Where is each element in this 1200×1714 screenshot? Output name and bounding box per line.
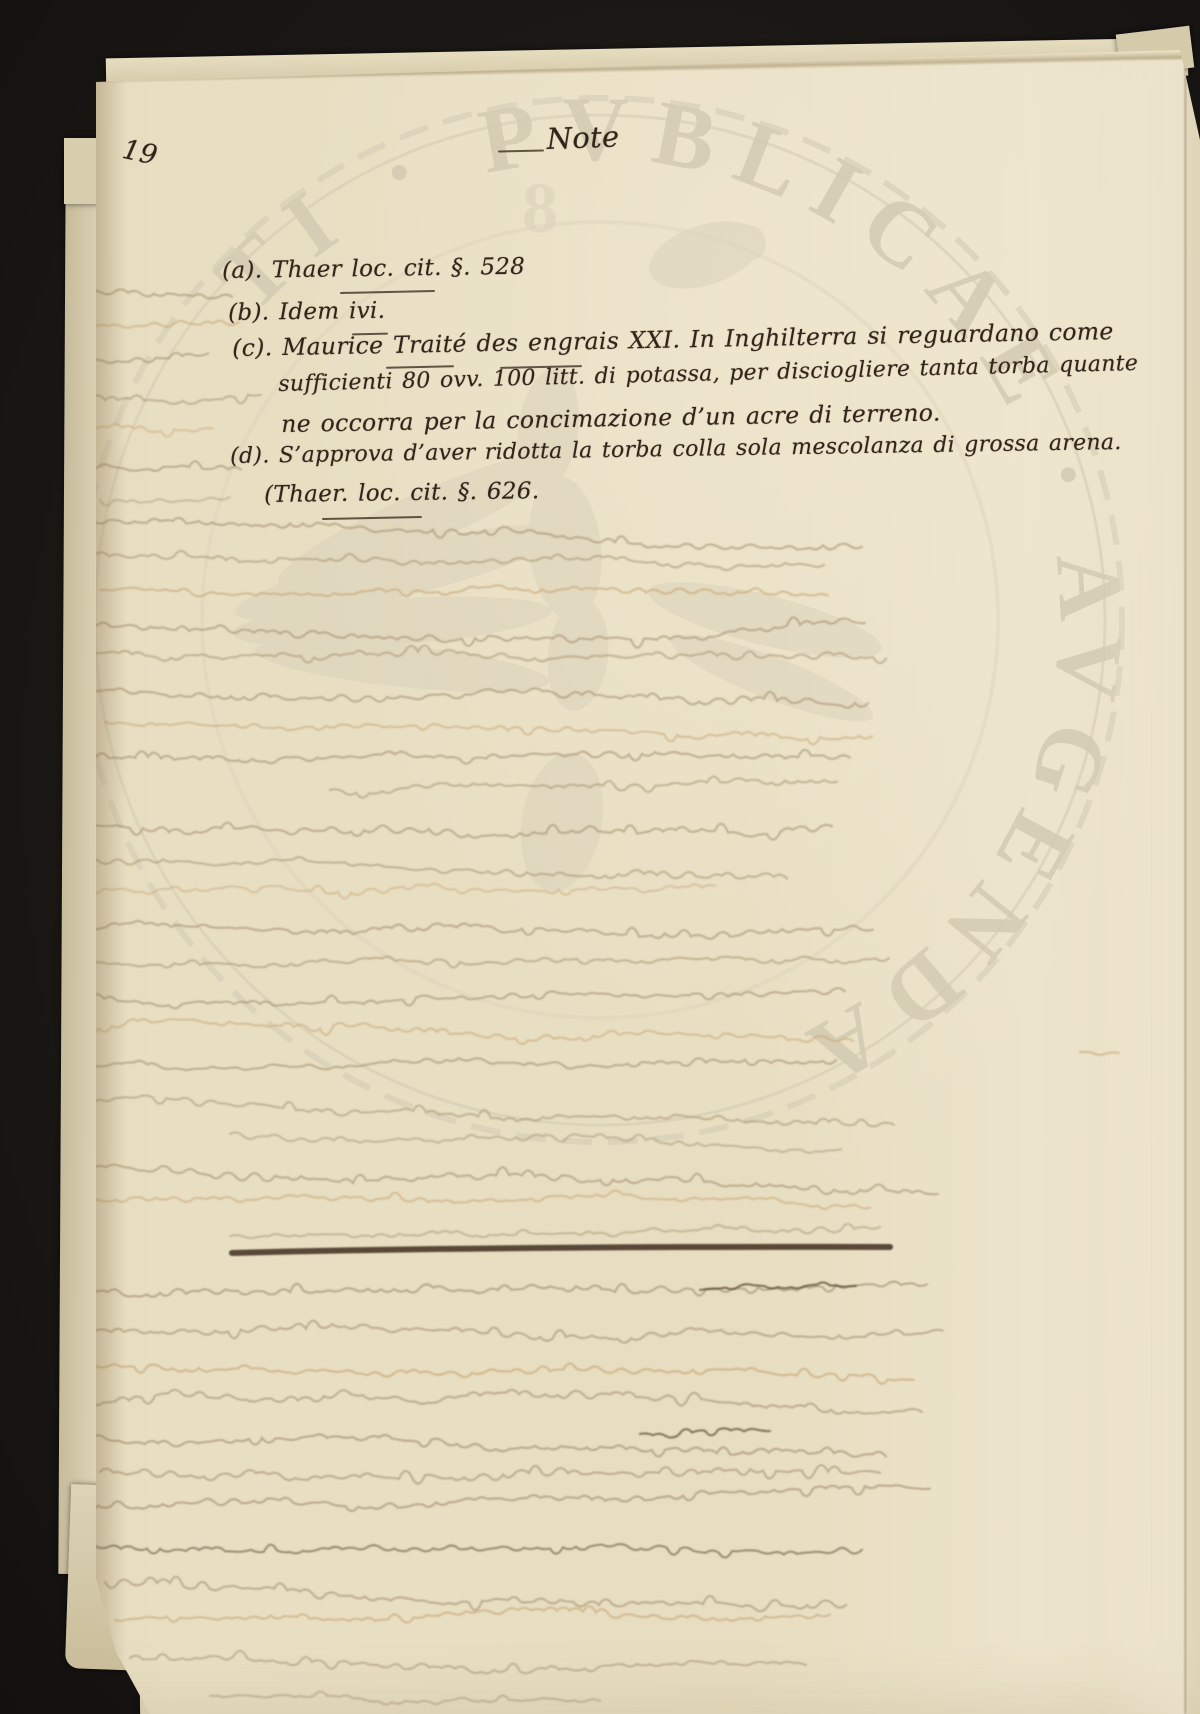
bleedthrough-line bbox=[95, 1282, 927, 1297]
bleedthrough-line bbox=[70, 750, 850, 764]
bleedthrough-line bbox=[60, 1019, 853, 1044]
bleedthrough-line bbox=[90, 1390, 922, 1414]
bleedthrough-heavy-line bbox=[232, 1247, 890, 1253]
bleedthrough-line bbox=[80, 645, 886, 663]
bleedthrough-line bbox=[95, 1364, 914, 1384]
bleedthrough-line bbox=[105, 1577, 846, 1611]
bleedthrough-line bbox=[75, 1095, 894, 1126]
bleedthrough-line bbox=[95, 1058, 836, 1070]
manuscript-page: TI · PVBLICAE · AVGENDA 8 bbox=[0, 0, 1200, 1714]
page-right-edge-line bbox=[1184, 58, 1187, 1714]
bleedthrough-line bbox=[230, 1132, 841, 1153]
bleedthrough-line bbox=[70, 957, 889, 968]
bleedthrough-line bbox=[80, 921, 873, 939]
note-line-b: (b). Idem ivi. bbox=[228, 298, 385, 326]
bleedthrough-line bbox=[210, 1692, 600, 1705]
bleedthrough-line bbox=[75, 688, 868, 707]
note-line-a: (a). Thaer loc. cit. §. 528 bbox=[222, 254, 525, 284]
bleedthrough-line bbox=[330, 777, 837, 798]
bleedthrough-line bbox=[130, 1651, 806, 1673]
bleedthrough-line bbox=[65, 884, 715, 899]
bleedthrough-line bbox=[65, 821, 832, 839]
note-line-d2: (Thaer. loc. cit. §. 626. bbox=[264, 478, 540, 508]
bleedthrough-line bbox=[65, 988, 845, 1008]
bleedthrough-line bbox=[85, 1321, 943, 1343]
bleedthrough-line bbox=[70, 551, 824, 570]
bleedthrough-line bbox=[230, 1224, 880, 1238]
bleedthrough-line bbox=[105, 722, 872, 744]
scan-background: TI · PVBLICAE · AVGENDA 8 bbox=[0, 0, 1200, 1714]
bleedthrough-line bbox=[95, 1544, 862, 1557]
bleedthrough-line bbox=[85, 1485, 930, 1511]
page-left-shadow bbox=[96, 78, 126, 1708]
bleedthrough-line bbox=[95, 518, 862, 550]
bleedthrough-line bbox=[85, 857, 787, 879]
bleedthrough-line bbox=[100, 585, 828, 596]
bleedthrough-line bbox=[640, 1428, 770, 1437]
bleedthrough-line bbox=[100, 1465, 880, 1484]
bleedthrough-layer bbox=[0, 0, 1200, 1714]
page-right-light-strip bbox=[1098, 60, 1188, 1714]
page-stack-edge-top-left bbox=[64, 138, 100, 204]
bleedthrough-line bbox=[90, 1191, 870, 1209]
page-title: Note bbox=[546, 119, 620, 156]
bleedthrough-line bbox=[80, 1434, 886, 1456]
bleedthrough-line bbox=[85, 617, 865, 647]
bleedthrough-line bbox=[80, 1165, 938, 1195]
